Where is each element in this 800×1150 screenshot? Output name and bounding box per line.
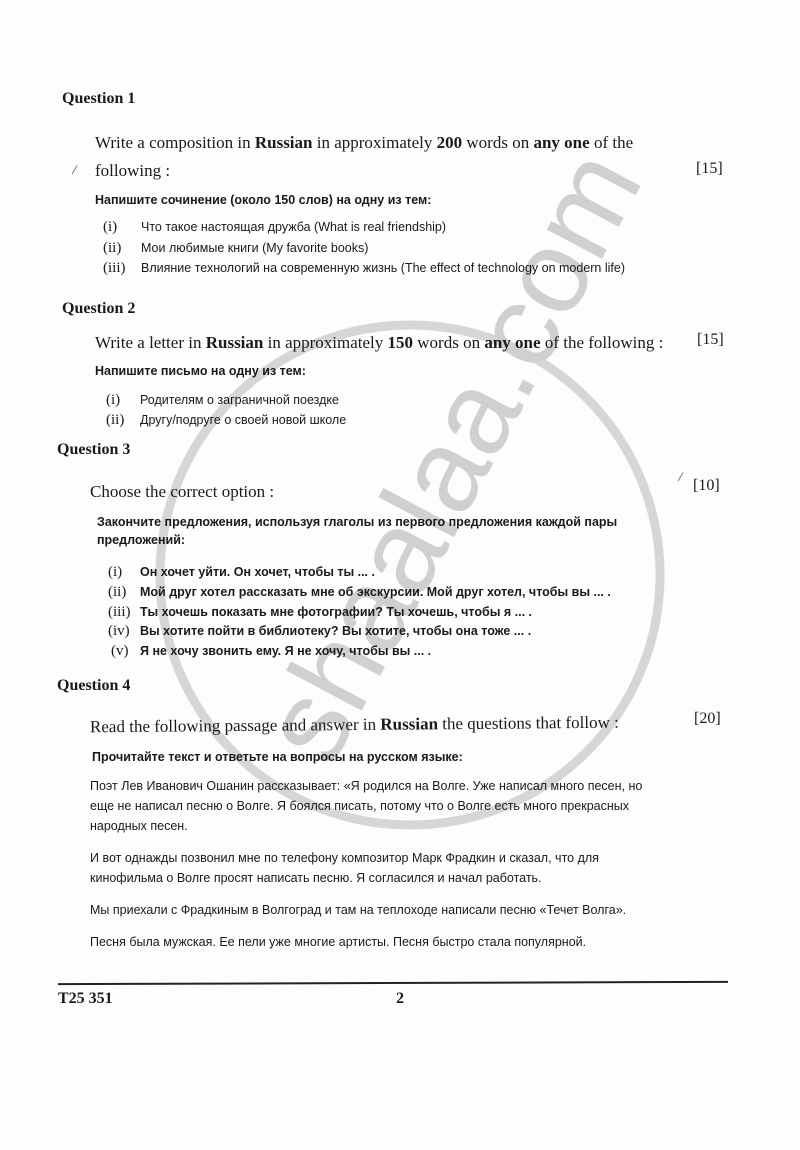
- emphasis: 200: [437, 133, 463, 152]
- question-1-russian-instruction: Напишите сочинение (около 150 слов) на о…: [95, 193, 431, 207]
- text: of the: [590, 133, 633, 152]
- text: words on: [413, 333, 484, 352]
- question-1-marks: [15]: [696, 160, 723, 178]
- question-1-heading: Question 1: [62, 90, 135, 108]
- question-2-instruction: Write a letter in Russian in approximate…: [95, 333, 663, 353]
- text: in approximately: [312, 133, 436, 152]
- question-4-instruction: Read the following passage and answer in…: [90, 713, 619, 738]
- option-number: (ii): [108, 584, 140, 601]
- text: of the following :: [541, 333, 664, 352]
- question-3-instruction: Choose the correct option :: [90, 482, 274, 502]
- option-number: (iv): [108, 623, 140, 640]
- option-text: Мой друг хотел рассказать мне об экскурс…: [140, 585, 611, 599]
- option-item: (ii)Мой друг хотел рассказать мне об экс…: [108, 584, 611, 604]
- question-3-russian-instruction-line2: предложений:: [97, 533, 185, 547]
- option-item: (iii)Влияние технологий на современную ж…: [103, 260, 625, 280]
- question-4-marks: [20]: [694, 710, 721, 728]
- emphasis: Russian: [206, 333, 264, 352]
- emphasis: 150: [388, 333, 414, 352]
- option-text: Вы хотите пойти в библиотеку? Вы хотите,…: [140, 624, 531, 638]
- passage-paragraph: Поэт Лев Иванович Ошанин рассказывает: «…: [90, 776, 730, 836]
- question-3-heading: Question 3: [57, 441, 130, 459]
- question-4-russian-instruction: Прочитайте текст и ответьте на вопросы н…: [92, 750, 463, 764]
- passage-line: Поэт Лев Иванович Ошанин рассказывает: «…: [90, 779, 642, 793]
- option-number: (ii): [103, 240, 141, 257]
- passage-paragraph: Мы приехали с Фрадкиным в Волгоград и та…: [90, 900, 730, 920]
- passage-line: народных песен.: [90, 819, 188, 833]
- question-1-options: (i)Что такое настоящая дружба (What is r…: [103, 219, 625, 280]
- passage-line: кинофильма о Волге просят написать песню…: [90, 871, 542, 885]
- passage-line: Песня была мужская. Ее пели уже многие а…: [90, 935, 586, 949]
- option-number: (i): [106, 392, 140, 409]
- page-number: 2: [396, 990, 404, 1008]
- passage-line: И вот однажды позвонил мне по телефону к…: [90, 851, 599, 865]
- paper-code: T25 351: [58, 990, 113, 1008]
- option-item: (ii)Другу/подруге о своей новой школе: [106, 412, 346, 432]
- option-item: (ii)Мои любимые книги (My favorite books…: [103, 240, 625, 260]
- text: Write a composition in: [95, 133, 255, 152]
- question-3-russian-instruction-line1: Закончите предложения, используя глаголы…: [97, 515, 617, 529]
- question-2-marks: [15]: [697, 331, 724, 349]
- option-number: (ii): [106, 412, 140, 429]
- question-3-options: (i)Он хочет уйти. Он хочет, чтобы ты ...…: [108, 564, 611, 663]
- emphasis: Russian: [255, 133, 313, 152]
- text: words on: [462, 133, 533, 152]
- question-2-options: (i)Родителям о заграничной поездке (ii)Д…: [106, 392, 346, 432]
- option-item: (iii)Ты хочешь показать мне фотографии? …: [108, 604, 611, 623]
- option-text: Ты хочешь показать мне фотографии? Ты хо…: [140, 605, 532, 619]
- text: the questions that follow :: [438, 713, 619, 734]
- emphasis: any one: [484, 333, 540, 352]
- option-number: (iii): [108, 604, 140, 621]
- option-item: (i)Родителям о заграничной поездке: [106, 392, 346, 412]
- option-number: (v): [108, 643, 140, 660]
- option-number: (i): [108, 564, 140, 581]
- reading-passage: Поэт Лев Иванович Ошанин рассказывает: «…: [90, 776, 730, 964]
- passage-line: Мы приехали с Фрадкиным в Волгоград и та…: [90, 903, 626, 917]
- question-1-instruction: Write a composition in Russian in approx…: [95, 133, 633, 153]
- option-text: Мои любимые книги (My favorite books): [141, 241, 368, 255]
- text: Read the following passage and answer in: [90, 715, 380, 737]
- passage-paragraph: Песня была мужская. Ее пели уже многие а…: [90, 932, 730, 952]
- passage-line: еще не написал песню о Волге. Я боялся п…: [90, 799, 629, 813]
- option-number: (i): [103, 219, 141, 236]
- question-2-russian-instruction: Напишите письмо на одну из тем:: [95, 364, 306, 378]
- option-text: Другу/подруге о своей новой школе: [140, 413, 346, 427]
- emphasis: any one: [533, 133, 589, 152]
- option-item: (iv)Вы хотите пойти в библиотеку? Вы хот…: [108, 623, 611, 643]
- passage-paragraph: И вот однажды позвонил мне по телефону к…: [90, 848, 730, 888]
- option-item: (v)Я не хочу звонить ему. Я не хочу, что…: [108, 643, 611, 663]
- question-4-heading: Question 4: [57, 677, 130, 695]
- option-text: Я не хочу звонить ему. Я не хочу, чтобы …: [140, 644, 431, 658]
- option-number: (iii): [103, 260, 141, 277]
- option-item: (i)Он хочет уйти. Он хочет, чтобы ты ...…: [108, 564, 611, 584]
- option-text: Он хочет уйти. Он хочет, чтобы ты ... .: [140, 565, 375, 579]
- text: in approximately: [263, 333, 387, 352]
- option-text: Родителям о заграничной поездке: [140, 393, 339, 407]
- option-item: (i)Что такое настоящая дружба (What is r…: [103, 219, 625, 240]
- option-text: Что такое настоящая дружба (What is real…: [141, 220, 446, 234]
- pen-tick-mark: ⁄: [74, 163, 76, 177]
- question-1-instruction-line2: following :: [95, 161, 170, 181]
- question-2-heading: Question 2: [62, 300, 135, 318]
- pen-tick-mark: ⁄: [680, 470, 682, 484]
- text: Write a letter in: [95, 333, 206, 352]
- question-3-marks: [10]: [693, 477, 720, 495]
- emphasis: Russian: [380, 714, 438, 734]
- footer-divider: [58, 981, 728, 985]
- option-text: Влияние технологий на современную жизнь …: [141, 261, 625, 275]
